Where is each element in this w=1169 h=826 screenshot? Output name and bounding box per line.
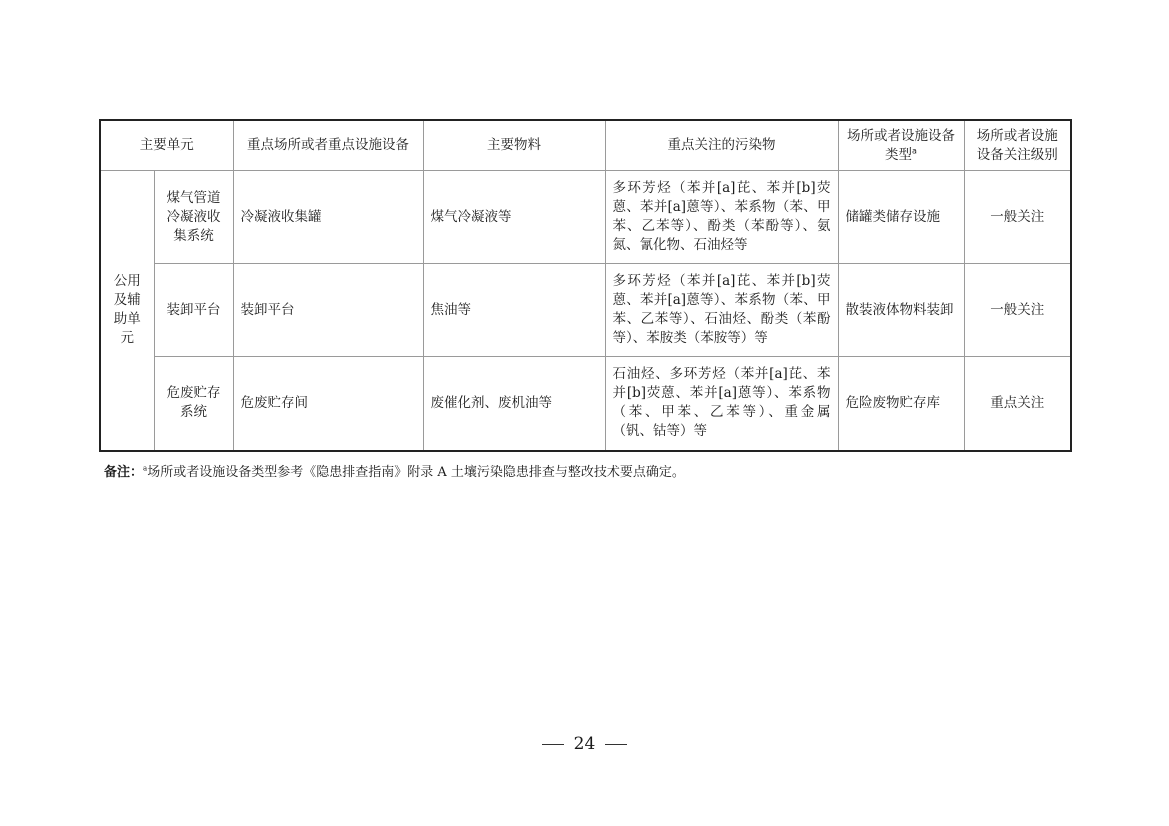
attention-level-cell: 一般关注 (964, 264, 1071, 357)
footnote-label: 备注： (104, 465, 143, 480)
sub-unit-cell: 装卸平台 (154, 264, 233, 357)
header-attention-level: 场所或者设施设备关注级别 (964, 120, 1071, 171)
key-facilities-table: 主要单元 重点场所或者重点设施设备 主要物料 重点关注的污染物 场所或者设施设备… (99, 119, 1072, 452)
page-number: 24 (0, 733, 1169, 755)
document-page: 主要单元 重点场所或者重点设施设备 主要物料 重点关注的污染物 场所或者设施设备… (0, 0, 1169, 826)
key-pollutants-cell: 多环芳烃（苯并[a]芘、苯并[b]荧蒽、苯并[a]蒽等）、苯系物（苯、甲苯、乙苯… (605, 171, 838, 264)
header-key-pollutants: 重点关注的污染物 (605, 120, 838, 171)
facility-type-cell: 储罐类储存设施 (838, 171, 964, 264)
attention-level-cell: 一般关注 (964, 171, 1071, 264)
key-place-cell: 危废贮存间 (233, 357, 423, 451)
main-material-cell: 煤气冷凝液等 (423, 171, 605, 264)
header-facility-type: 场所或者设施设备类型a (838, 120, 964, 171)
group-label-cell: 公用及辅助单元 (100, 171, 154, 451)
facility-type-cell: 散装液体物料装卸 (838, 264, 964, 357)
sub-unit-cell: 煤气管道冷凝液收集系统 (154, 171, 233, 264)
header-main-unit: 主要单元 (100, 120, 233, 171)
facility-type-cell: 危险废物贮存库 (838, 357, 964, 451)
header-key-place: 重点场所或者重点设施设备 (233, 120, 423, 171)
key-pollutants-cell: 多环芳烃（苯并[a]芘、苯并[b]荧蒽、苯并[a]蒽等）、苯系物（苯、甲苯、乙苯… (605, 264, 838, 357)
table-row: 公用及辅助单元 煤气管道冷凝液收集系统 冷凝液收集罐 煤气冷凝液等 多环芳烃（苯… (100, 171, 1071, 264)
key-place-cell: 装卸平台 (233, 264, 423, 357)
footnote-mark: a (912, 146, 917, 155)
dash-left-decoration (542, 744, 564, 745)
key-pollutants-cell: 石油烃、多环芳烃（苯并[a]芘、苯并[b]荧蒽、苯并[a]蒽等）、苯系物（苯、甲… (605, 357, 838, 451)
table-footnote: 备注：a场所或者设施设备类型参考《隐患排查指南》附录 A 土壤污染隐患排查与整改… (104, 464, 685, 482)
key-place-cell: 冷凝液收集罐 (233, 171, 423, 264)
table-row: 危废贮存系统 危废贮存间 废催化剂、废机油等 石油烃、多环芳烃（苯并[a]芘、苯… (100, 357, 1071, 451)
header-main-material: 主要物料 (423, 120, 605, 171)
sub-unit-cell: 危废贮存系统 (154, 357, 233, 451)
page-number-value: 24 (574, 734, 596, 754)
table-row: 装卸平台 装卸平台 焦油等 多环芳烃（苯并[a]芘、苯并[b]荧蒽、苯并[a]蒽… (100, 264, 1071, 357)
main-material-cell: 废催化剂、废机油等 (423, 357, 605, 451)
table-header-row: 主要单元 重点场所或者重点设施设备 主要物料 重点关注的污染物 场所或者设施设备… (100, 120, 1071, 171)
footnote-text: 场所或者设施设备类型参考《隐患排查指南》附录 A 土壤污染隐患排查与整改技术要点… (147, 465, 685, 480)
main-material-cell: 焦油等 (423, 264, 605, 357)
dash-right-decoration (605, 744, 627, 745)
attention-level-cell: 重点关注 (964, 357, 1071, 451)
